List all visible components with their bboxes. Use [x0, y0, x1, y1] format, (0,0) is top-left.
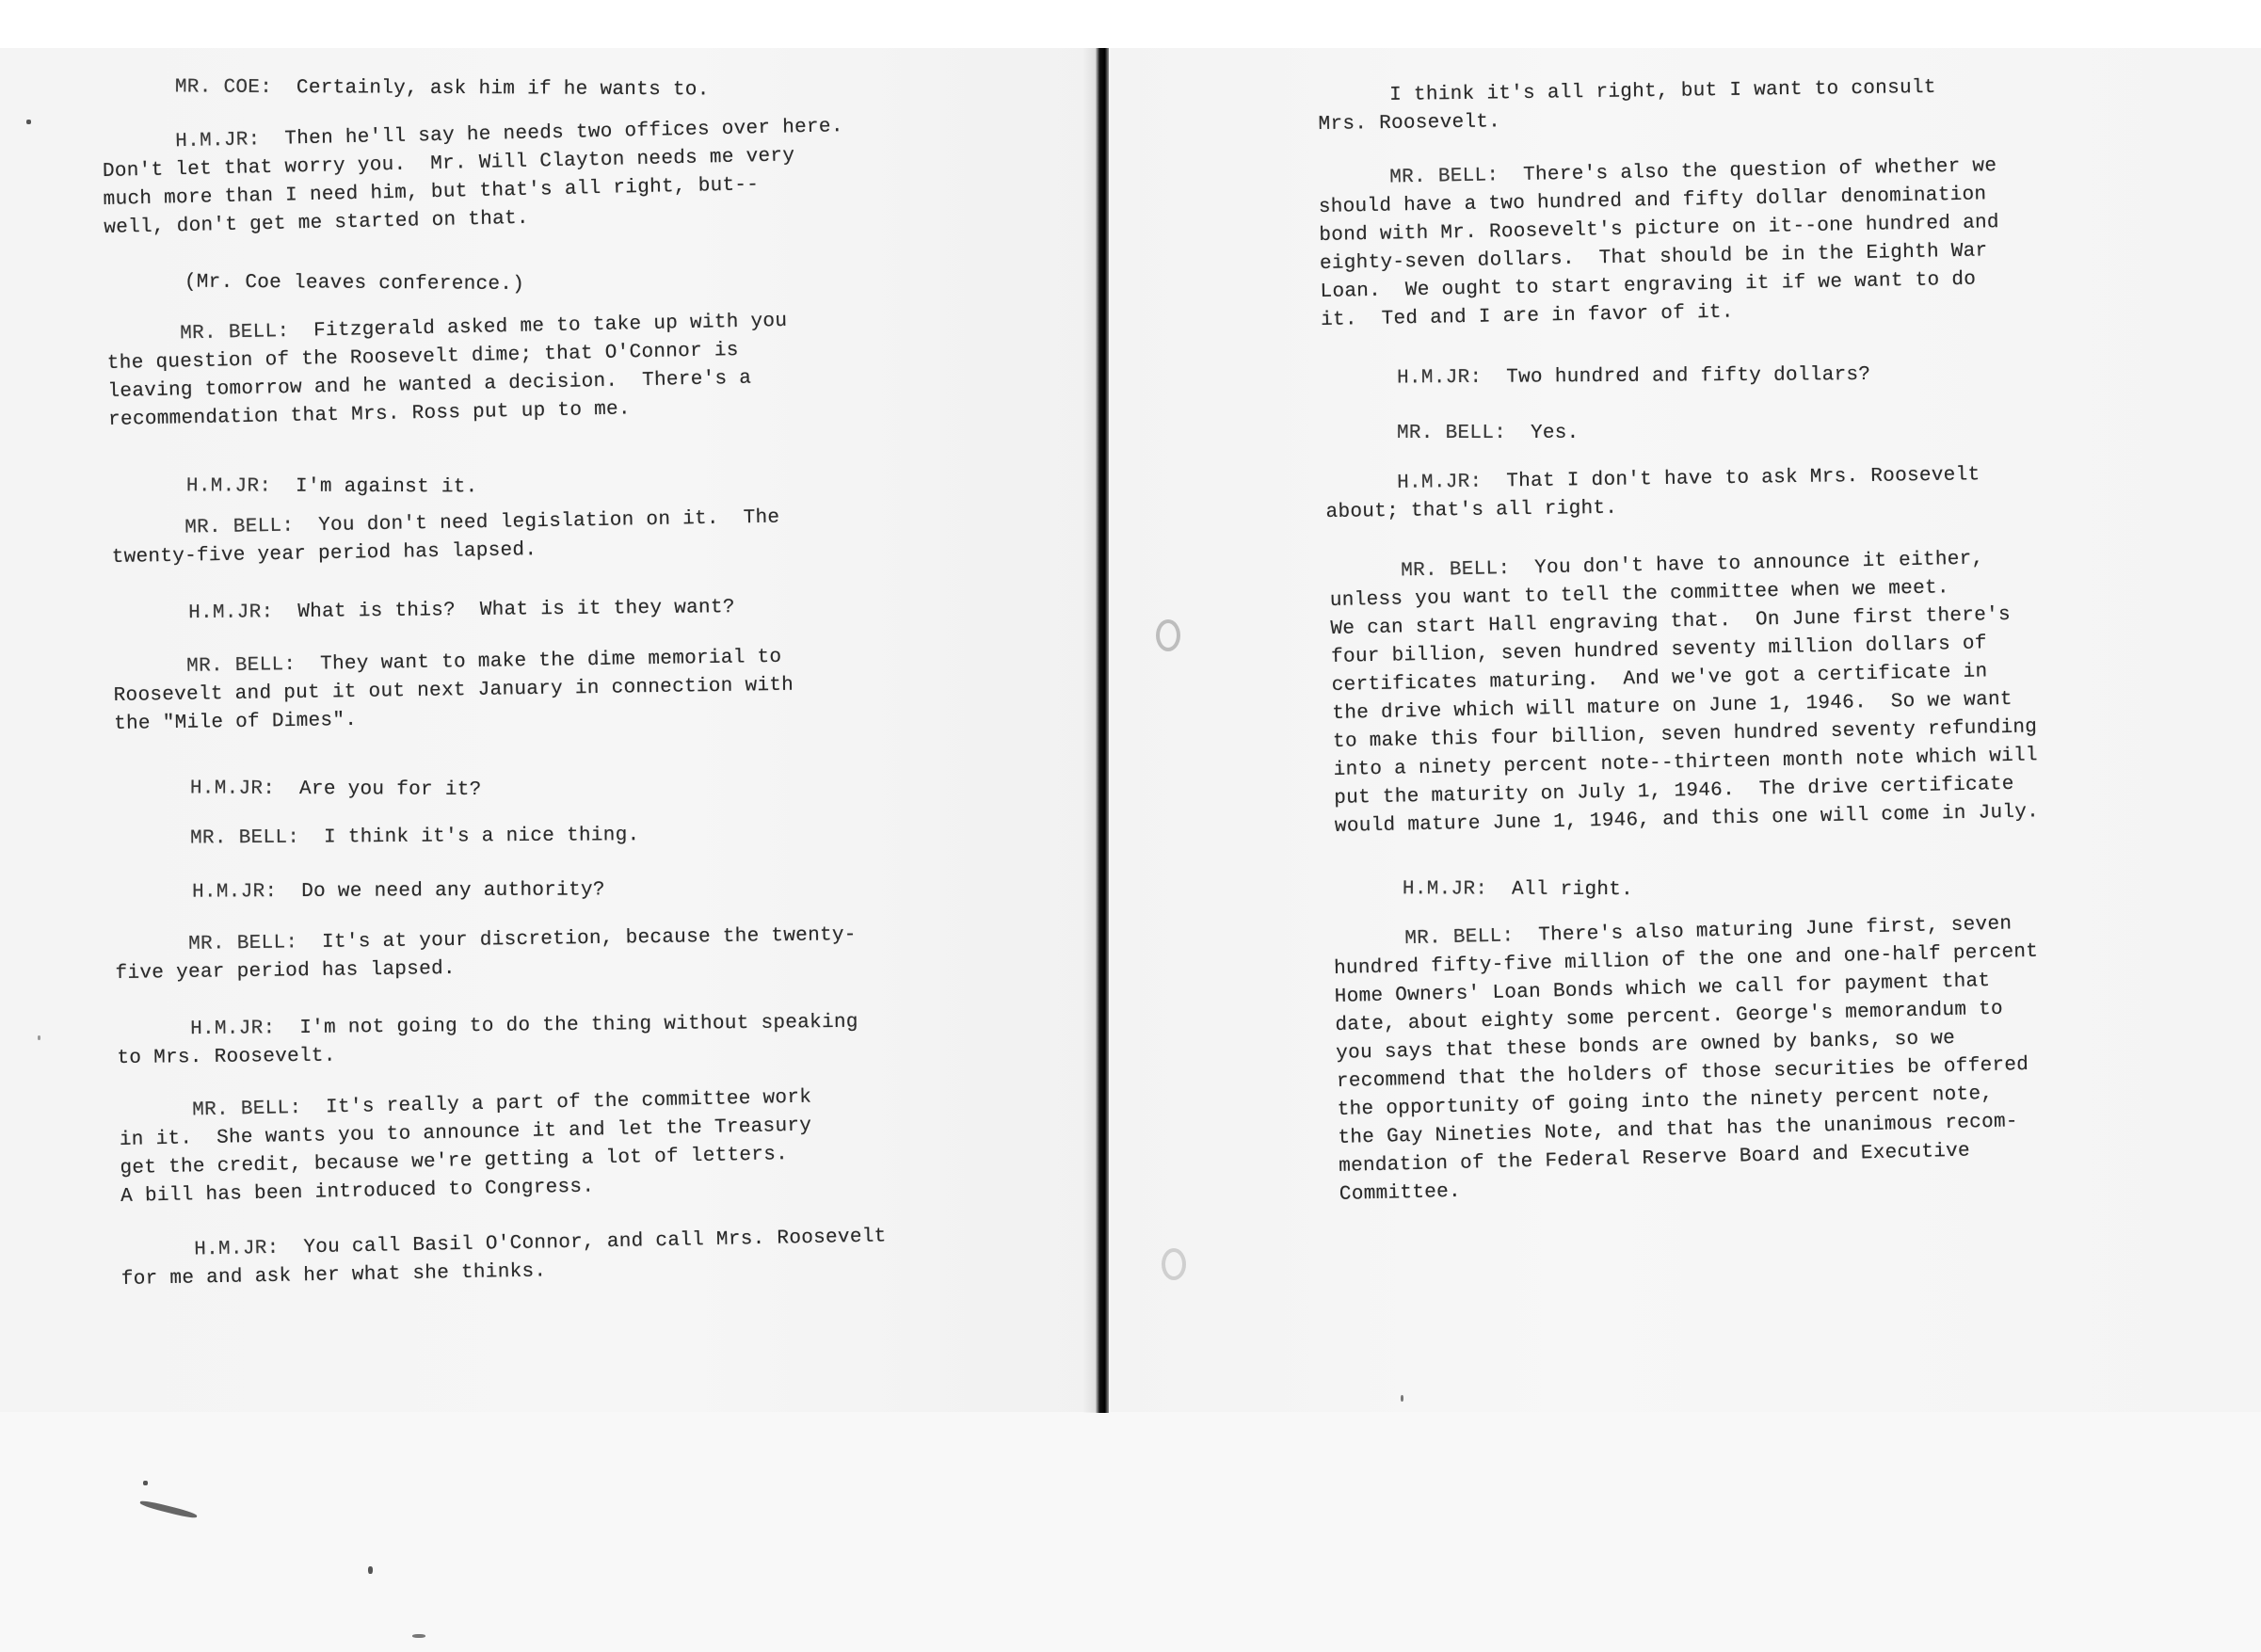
line-text: Two hundred and fifty dollars? — [1506, 364, 1870, 389]
hole-punch-icon — [1156, 619, 1180, 651]
speaker-label: H.M.JR: — [190, 778, 299, 800]
speaker-label: H.M.JR: — [1397, 367, 1506, 390]
dust-speck — [143, 1481, 148, 1485]
dialogue-paragraph: MR. BELL: I think it's a nice thing. — [117, 822, 640, 854]
line-text: the "Mile of Dimes". — [114, 710, 357, 735]
text-line: H.M.JR: All right. — [1331, 875, 1633, 905]
line-text: They want to make the dime memorial to — [320, 647, 782, 676]
line-text: about; that's all right. — [1325, 498, 1617, 523]
speaker-label: MR. COE: — [175, 76, 297, 99]
speaker-label: MR. BELL: — [192, 1097, 326, 1121]
line-text: Yes. — [1531, 423, 1579, 444]
dialogue-paragraph: H.M.JR: Do we need any authority? — [119, 876, 605, 907]
dialogue-paragraph: MR. BELL: It's at your discretion, becau… — [115, 922, 857, 988]
line-text: A bill has been introduced to Congress. — [120, 1176, 595, 1208]
dialogue-paragraph: MR. BELL: It's really a part of the comm… — [119, 1084, 813, 1211]
dialogue-paragraph: MR. BELL: They want to make the dime mem… — [113, 644, 794, 739]
dialogue-paragraph: H.M.JR: Two hundred and fifty dollars? — [1325, 361, 1870, 393]
line-text: Committee. — [1339, 1181, 1462, 1206]
text-line: H.M.JR: Do we need any authority? — [119, 876, 605, 907]
line-text: What is this? What is it they want? — [297, 597, 735, 623]
dialogue-paragraph: MR. BELL: Fitzgerald asked me to take up… — [106, 308, 789, 435]
line-text: It's at your discretion, because the twe… — [322, 924, 857, 954]
dust-speck — [412, 1634, 425, 1638]
line-text: You don't need legislation on it. The — [318, 507, 780, 537]
speaker-label: MR. BELL: — [180, 320, 313, 345]
line-text: Certainly, ask him if he wants to. — [297, 77, 710, 101]
speaker-label: MR. BELL: — [1401, 557, 1534, 582]
line-text: I think it's all right, but I want to co… — [1389, 77, 1936, 106]
scanner-bed-area — [0, 1412, 2261, 1652]
dialogue-paragraph: H.M.JR: That I don't have to ask Mrs. Ro… — [1325, 461, 1980, 527]
dialogue-paragraph: MR. BELL: Yes. — [1325, 420, 1579, 448]
speaker-label: MR. BELL: — [190, 826, 324, 849]
hole-punch-icon — [1162, 1248, 1186, 1280]
text-line: H.M.JR: Two hundred and fifty dollars? — [1325, 361, 1870, 393]
speaker-label: H.M.JR: — [194, 1237, 304, 1260]
speaker-label: H.M.JR: — [190, 1018, 299, 1040]
gutter-shadow — [1082, 48, 1096, 1413]
dust-speck — [368, 1566, 373, 1574]
line-text: I think it's a nice thing. — [324, 825, 640, 848]
line-text: five year period has lapsed. — [115, 958, 456, 985]
speaker-label: MR. BELL: — [1389, 165, 1523, 189]
dialogue-paragraph: MR. BELL: You don't have to announce it … — [1329, 544, 2039, 842]
line-text: it. Ted and I are in favor of it. — [1321, 302, 1734, 331]
speaker-label: H.M.JR: — [1403, 878, 1512, 900]
dialogue-paragraph: H.M.JR: Then he'll say he needs two offi… — [102, 113, 845, 243]
line-text: I'm not going to do the thing without sp… — [299, 1012, 858, 1039]
dust-speck — [38, 1035, 40, 1040]
line-text: for me and ask her what she thinks. — [121, 1260, 547, 1291]
speaker-label: H.M.JR: — [186, 475, 296, 497]
dialogue-paragraph: MR. COE: Certainly, ask him if he wants … — [102, 73, 710, 104]
line-text: twenty-five year period has lapsed. — [112, 539, 537, 569]
speaker-label: H.M.JR: — [1397, 471, 1506, 494]
text-line: MR. BELL: I think it's a nice thing. — [117, 822, 640, 854]
dialogue-paragraph: MR. BELL: There's also maturing June fir… — [1333, 910, 2044, 1210]
speaker-label: MR. BELL: — [186, 654, 320, 678]
text-line: H.M.JR: Are you for it? — [117, 775, 482, 805]
line-text: All right. — [1512, 879, 1633, 901]
dust-speck — [26, 120, 31, 124]
narrative-paragraph: I think it's all right, but I want to co… — [1318, 74, 1936, 139]
speaker-label: H.M.JR: — [192, 881, 301, 904]
line-text: That I don't have to ask Mrs. Roosevelt — [1506, 464, 1980, 492]
dialogue-paragraph: MR. BELL: You don't need legislation on … — [111, 505, 780, 572]
speaker-label: MR. BELL: — [1404, 925, 1538, 950]
line-text: I'm against it. — [296, 476, 478, 499]
dust-speck — [1401, 1395, 1403, 1402]
line-text: Do we need any authority? — [301, 879, 605, 903]
dialogue-paragraph: H.M.JR: Are you for it? — [117, 775, 482, 805]
speaker-label: MR. BELL: — [188, 932, 322, 955]
text-line: H.M.JR: I'm against it. — [113, 473, 478, 502]
text-line: MR. COE: Certainly, ask him if he wants … — [102, 73, 710, 104]
top-margin-band — [0, 0, 2261, 48]
text-line: (Mr. Coe leaves conference.) — [111, 268, 524, 299]
line-text: Mrs. Roosevelt. — [1318, 111, 1500, 136]
dialogue-paragraph: H.M.JR: I'm not going to do the thing wi… — [117, 1009, 858, 1073]
page-binding-line — [1096, 48, 1109, 1413]
dialogue-paragraph: H.M.JR: All right. — [1331, 875, 1633, 905]
dialogue-paragraph: H.M.JR: I'm against it. — [113, 473, 478, 502]
speaker-label: H.M.JR: — [188, 601, 297, 624]
line-text: (Mr. Coe leaves conference.) — [184, 272, 524, 297]
line-text: Are you for it? — [299, 778, 482, 801]
speaker-label: H.M.JR: — [175, 129, 285, 153]
text-line: MR. BELL: Yes. — [1325, 420, 1579, 448]
narrative-paragraph: (Mr. Coe leaves conference.) — [111, 268, 524, 299]
speaker-label: MR. BELL: — [1397, 423, 1531, 444]
dialogue-paragraph: MR. BELL: There's also the question of w… — [1318, 152, 2001, 335]
speaker-label: MR. BELL: — [184, 515, 318, 538]
line-text: to Mrs. Roosevelt. — [117, 1046, 335, 1069]
line-text: well, don't get me started on that. — [104, 208, 529, 239]
